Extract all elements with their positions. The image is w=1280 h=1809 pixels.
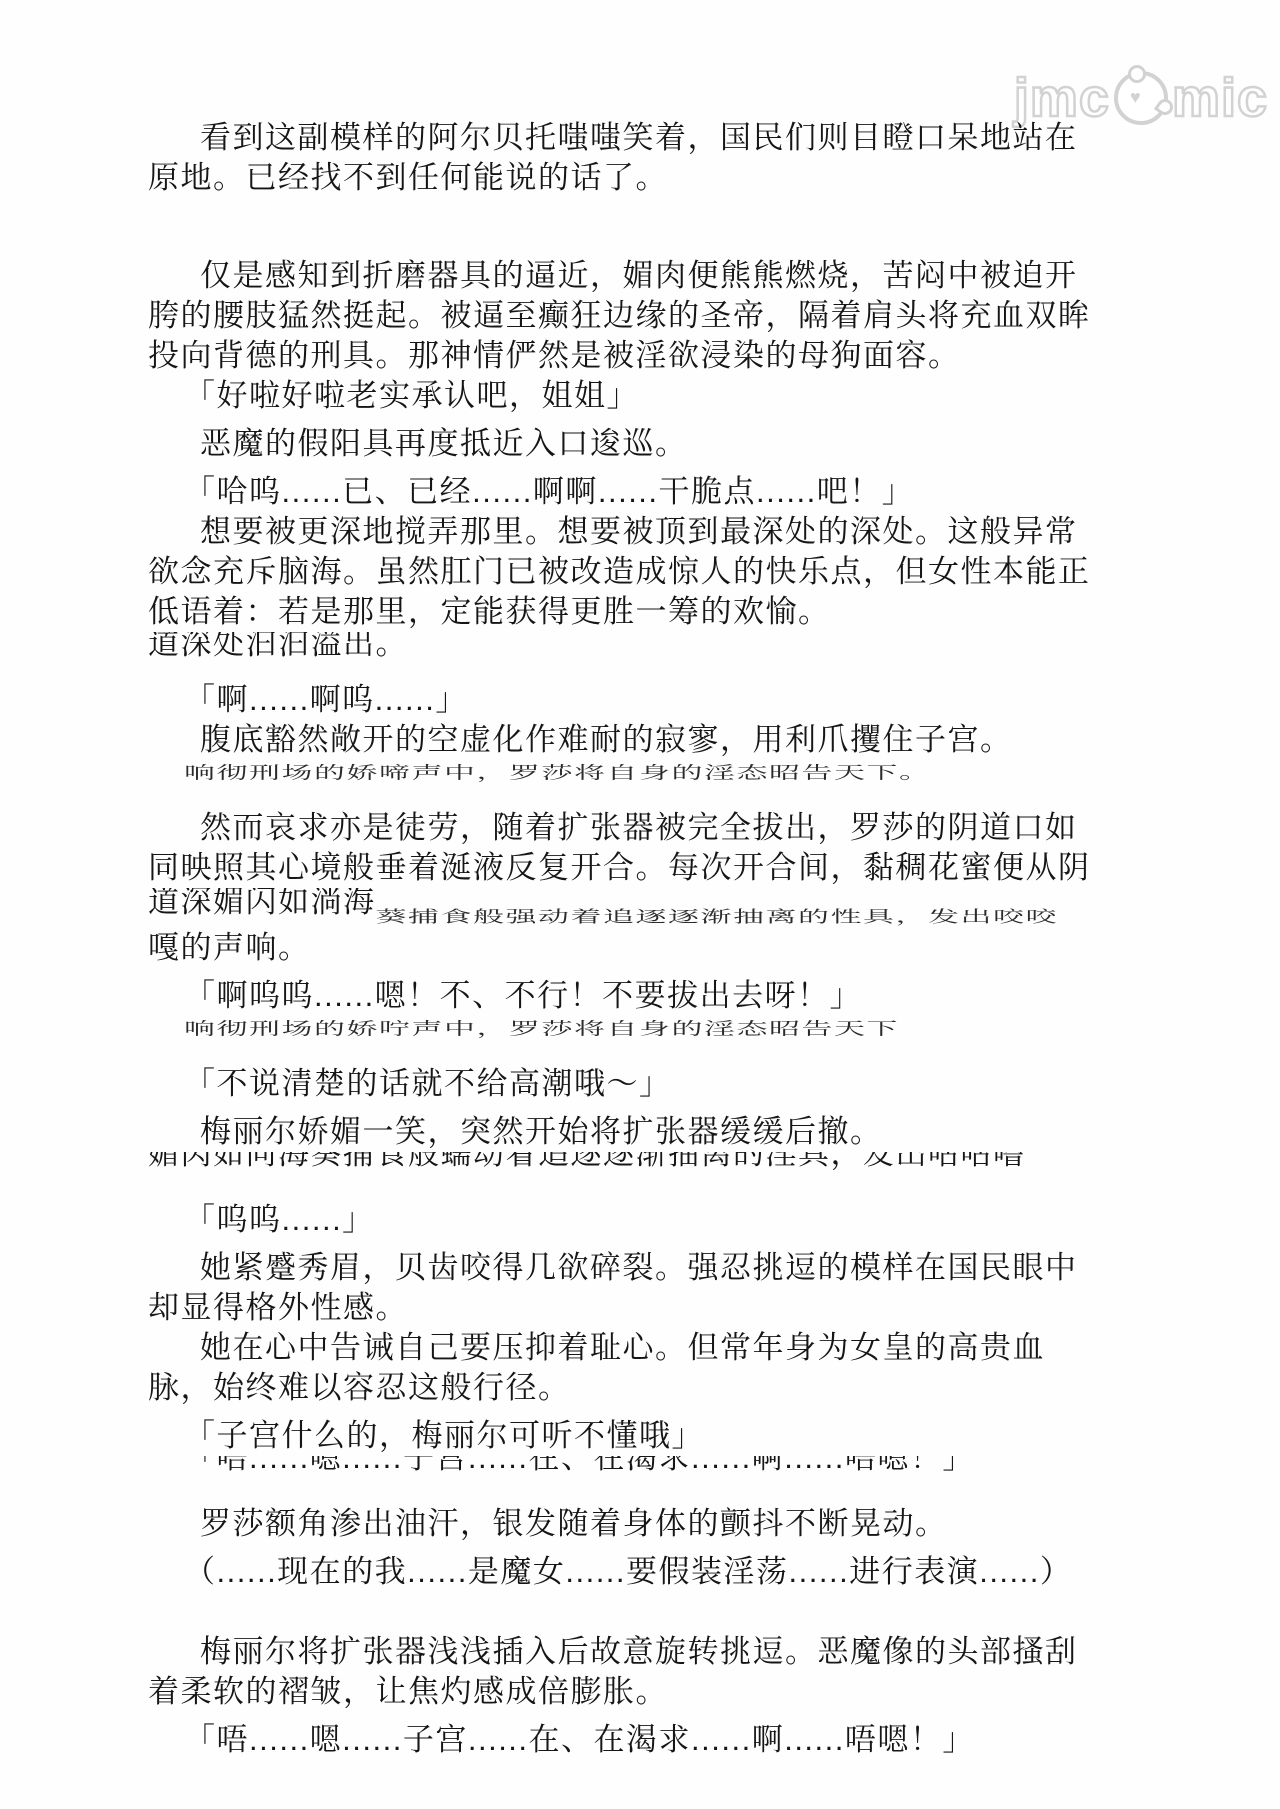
- text-line: 同映照其心境般垂着涎液反复开合。每次开合间，黏稠花蜜便从阴: [148, 848, 1152, 888]
- text-line: 低语着：若是那里，定能获得更胜一筹的欢愉。: [148, 592, 1152, 632]
- glitch-overlap-part-a: 道深媚闪如淌海: [148, 888, 376, 922]
- glitch-clipped-line: 「唔......嗯......子宫......在、在渴求......啊.....…: [148, 1720, 1152, 1760]
- dialogue-line: 「好啦好啦老实承认吧，姐姐」: [148, 376, 1152, 416]
- text-line: 却显得格外性感。: [148, 1288, 1152, 1328]
- text-line: 胯的腰肢猛然挺起。被逼至癫狂边缘的圣帝，隔着肩头将充血双眸: [148, 296, 1152, 336]
- text-line: 着柔软的褶皱，让焦灼感成倍膨胀。: [148, 1672, 1152, 1712]
- text-column: 看到这副模样的阿尔贝托嗤嗤笑着，国民们则目瞪口呆地站在 原地。已经找不到任何能说…: [148, 118, 1152, 1760]
- text-line: 想要被更深地搅弄那里。想要被顶到最深处的深处。这般异常: [148, 512, 1152, 552]
- novel-page: jmc♥mic 看到这副模样的阿尔贝托嗤嗤笑着，国民们则目瞪口呆地站在 原地。已…: [0, 0, 1280, 1809]
- text-line: 原地。已经找不到任何能说的话了。: [148, 158, 1152, 198]
- text-line: 欲念充斥脑海。虽然肛门已被改造成惊人的快乐点，但女性本能正: [148, 552, 1152, 592]
- dialogue-line: 「啊......啊呜......」: [148, 680, 1152, 720]
- glitch-clipped-line: 「唔......嗯......子宫......在、在渴求......啊.....…: [148, 1456, 1152, 1496]
- text-line: 看到这副模样的阿尔贝托嗤嗤笑着，国民们则目瞪口呆地站在: [148, 118, 1152, 158]
- text-line: 她紧蹙秀眉，贝齿咬得几欲碎裂。强忍挑逗的模样在国民眼中: [148, 1248, 1152, 1288]
- text-line: 投向背德的刑具。那神情俨然是被淫欲浸染的母狗面容。: [148, 336, 1152, 376]
- text-line: 嘎的声响。: [148, 928, 1152, 968]
- text-line: 然而哀求亦是徒劳，随着扩张器被完全拔出，罗莎的阴道口如: [148, 808, 1152, 848]
- text-line: 她在心中告诫自己要压抑着耻心。但常年身为女皇的高贵血: [148, 1328, 1152, 1368]
- text-line: 腹底豁然敞开的空虚化作难耐的寂寥，用利爪攫住子宫。: [148, 720, 1152, 760]
- dialogue-line: 「子宫什么的，梅丽尔可听不懂哦」: [148, 1416, 1152, 1456]
- text-line: 脉，始终难以容忍这般行径。: [148, 1368, 1152, 1408]
- glitch-clipped-line: 媚肉如同海葵捕食般蠕动着追逐逐渐抽离的淫具，发出咕咕噜: [148, 1152, 1152, 1192]
- dialogue-line: 「啊呜呜......嗯！不、不行！不要拔出去呀！」: [148, 976, 1152, 1016]
- logo-bird-icon: ♥: [1114, 71, 1168, 125]
- text-line: 罗莎额角渗出油汗，银发随着身体的颤抖不断晃动。: [148, 1504, 1152, 1544]
- logo-text-post: mic: [1172, 67, 1268, 129]
- text-line: 恶魔的假阳具再度抵近入口逡巡。: [148, 424, 1152, 464]
- dialogue-line: 「呜呜......」: [148, 1200, 1152, 1240]
- logo-heart-icon: ♥: [1130, 87, 1142, 108]
- thought-line: （......现在的我......是魔女......要假装淫荡......进行表…: [148, 1552, 1152, 1592]
- text-line: 仅是感知到折磨器具的逼近，媚肉便熊熊燃烧，苦闷中被迫开: [148, 256, 1152, 296]
- dialogue-line: 「哈呜......已、已经......啊啊......干脆点......吧！」: [148, 472, 1152, 512]
- glitch-squashed-line: 响彻刑场的娇啼声中，罗莎将自身的淫态昭告天下。: [148, 760, 1152, 800]
- glitch-squashed-line: 响彻刑场的娇咛声中，罗莎将自身的淫态昭告天下: [148, 1016, 1152, 1056]
- glitch-overlap-line: 道深媚闪如淌海葵捕食般强动着追逐逐渐抽离的性具，发出咬咬: [148, 888, 1152, 928]
- glitch-clipped-line: 道深处汩汩溢出。: [148, 632, 1152, 672]
- glitch-overlap-part-b: 葵捕食般强动着追逐逐渐抽离的性具，发出咬咬: [376, 906, 1059, 927]
- text-line: 梅丽尔娇媚一笑，突然开始将扩张器缓缓后撤。: [148, 1112, 1152, 1152]
- dialogue-line: 「不说清楚的话就不给高潮哦～」: [148, 1064, 1152, 1104]
- text-line: 梅丽尔将扩张器浅浅插入后故意旋转挑逗。恶魔像的头部搔刮: [148, 1632, 1152, 1672]
